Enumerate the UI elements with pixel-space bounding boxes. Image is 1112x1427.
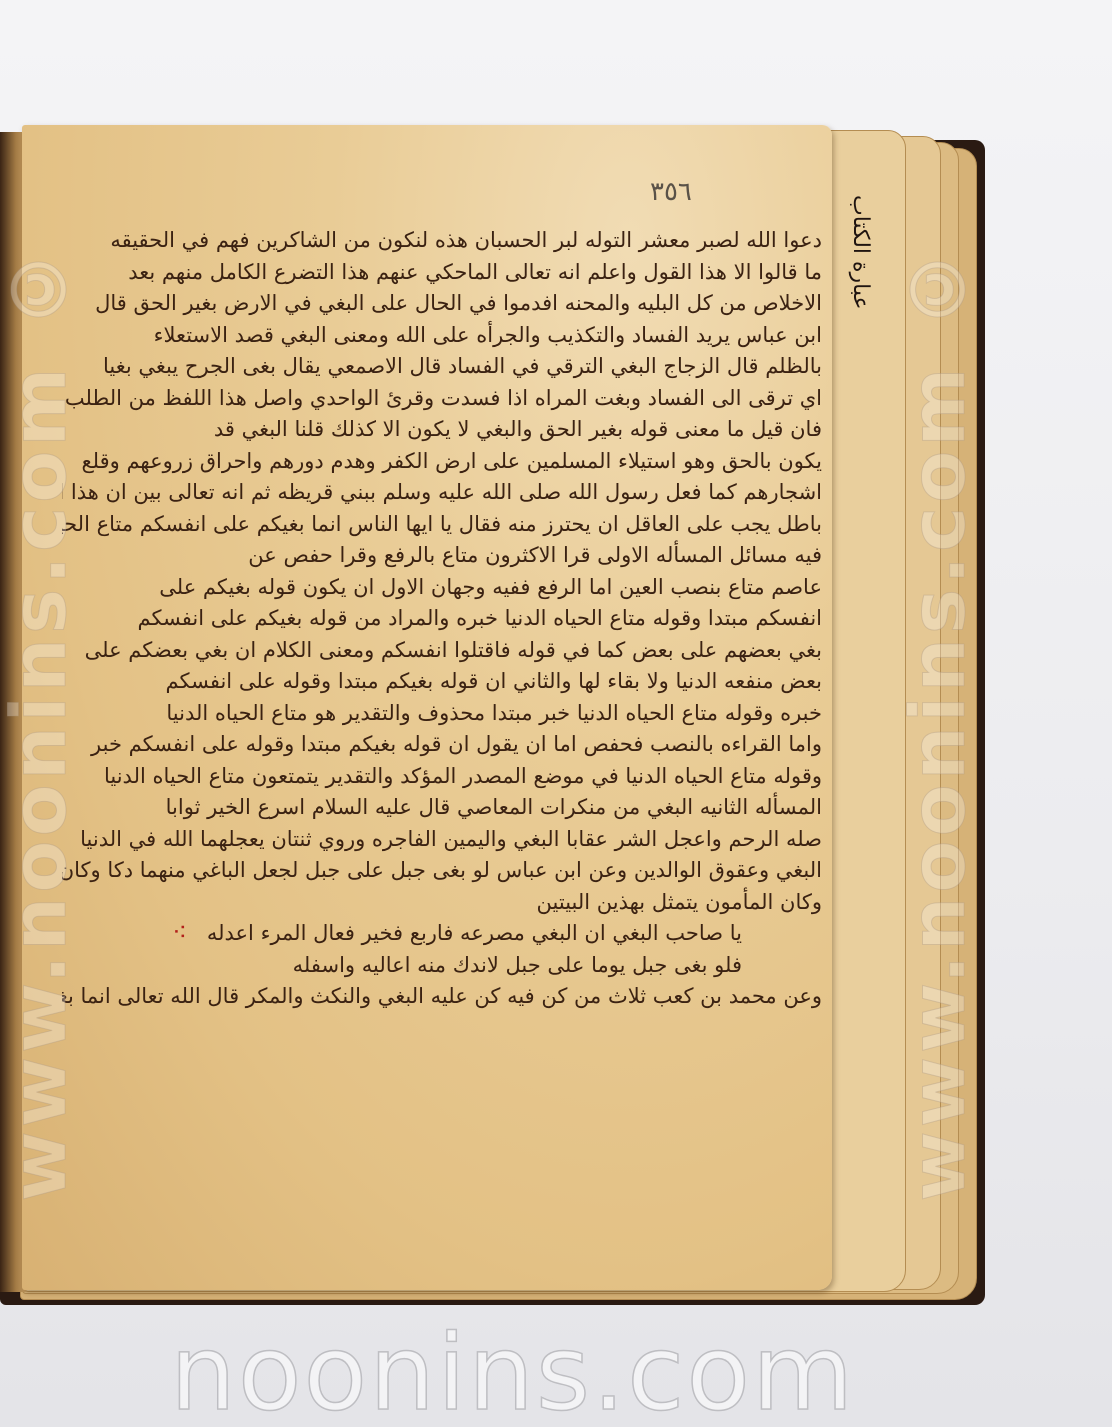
text-line: فيه مسائل المسأله الاولى قرا الاكثرون مت… [62, 540, 822, 572]
text-line: باطل يجب على العاقل ان يحترز منه فقال يا… [62, 509, 822, 541]
verse-line: يا صاحب البغي ان البغي مصرعه فاربع فخير … [62, 918, 822, 950]
text-line: اشجارهم كما فعل رسول الله صلى الله عليه … [62, 477, 822, 509]
watermark-vertical-right: www.noonins.com © [893, 240, 982, 1201]
manuscript-text-block: دعوا الله لصبر معشر التوله لبر الحسبان ه… [62, 225, 822, 1013]
text-line: صله الرحم واعجل الشر عقابا البغي واليمين… [62, 824, 822, 856]
rubric-mark-icon: ⁖ [172, 918, 187, 950]
watermark-vertical-left: www.noonins.com © [0, 240, 83, 1201]
bound-book: عبارة الكتاب ٣٥٦ دعوا الله لصبر معشر الت… [0, 120, 1000, 1310]
text-line: وقوله متاع الحياه الدنيا في موضع المصدر … [62, 761, 822, 793]
text-line: خبره وقوله متاع الحياه الدنيا خبر مبتدا … [62, 698, 822, 730]
text-line: يكون بالحق وهو استيلاء المسلمين على ارض … [62, 446, 822, 478]
text-line: عاصم متاع بنصب العين اما الرفع ففيه وجها… [62, 572, 822, 604]
text-line: بعض منفعه الدنيا ولا بقاء لها والثاني ان… [62, 666, 822, 698]
text-line: وكان المأمون يتمثل بهذين البيتين [62, 887, 822, 919]
text-line: انفسكم مبتدا وقوله متاع الحياه الدنيا خب… [62, 603, 822, 635]
text-line: ما قالوا الا هذا القول واعلم انه تعالى ا… [62, 257, 822, 289]
text-line: الاخلاص من كل البليه والمحنه افدموا في ا… [62, 288, 822, 320]
text-line: المسأله الثانيه البغي من منكرات المعاصي … [62, 792, 822, 824]
verse-line: فلو بغى جبل يوما على جبل لاندك منه اعالي… [62, 950, 822, 982]
text-line: البغي وعقوق الوالدين وعن ابن عباس لو بغى… [62, 855, 822, 887]
text-line: بالظلم قال الزجاج البغي الترقي في الفساد… [62, 351, 822, 383]
text-line: ابن عباس يريد الفساد والتكذيب والجرأه عل… [62, 320, 822, 352]
text-line: وعن محمد بن كعب ثلاث من كن فيه كن عليه ا… [62, 981, 822, 1013]
text-line: دعوا الله لصبر معشر التوله لبر الحسبان ه… [62, 225, 822, 257]
verse-text: يا صاحب البغي ان البغي مصرعه فاربع فخير … [207, 921, 742, 945]
text-line: واما القراءه بالنصب فحفص اما ان يقول ان … [62, 729, 822, 761]
watermark-bottom: noonins.com [170, 1312, 855, 1427]
text-line: فان قيل ما معنى قوله بغير الحق والبغي لا… [62, 414, 822, 446]
margin-note: عبارة الكتاب [848, 195, 873, 310]
text-line: اي ترقى الى الفساد وبغت المراه اذا فسدت … [62, 383, 822, 415]
text-line: بغي بعضهم على بعض كما في قوله فاقتلوا ان… [62, 635, 822, 667]
manuscript-page: ٣٥٦ دعوا الله لصبر معشر التوله لبر الحسب… [22, 125, 832, 1290]
folio-number: ٣٥٦ [650, 177, 692, 207]
